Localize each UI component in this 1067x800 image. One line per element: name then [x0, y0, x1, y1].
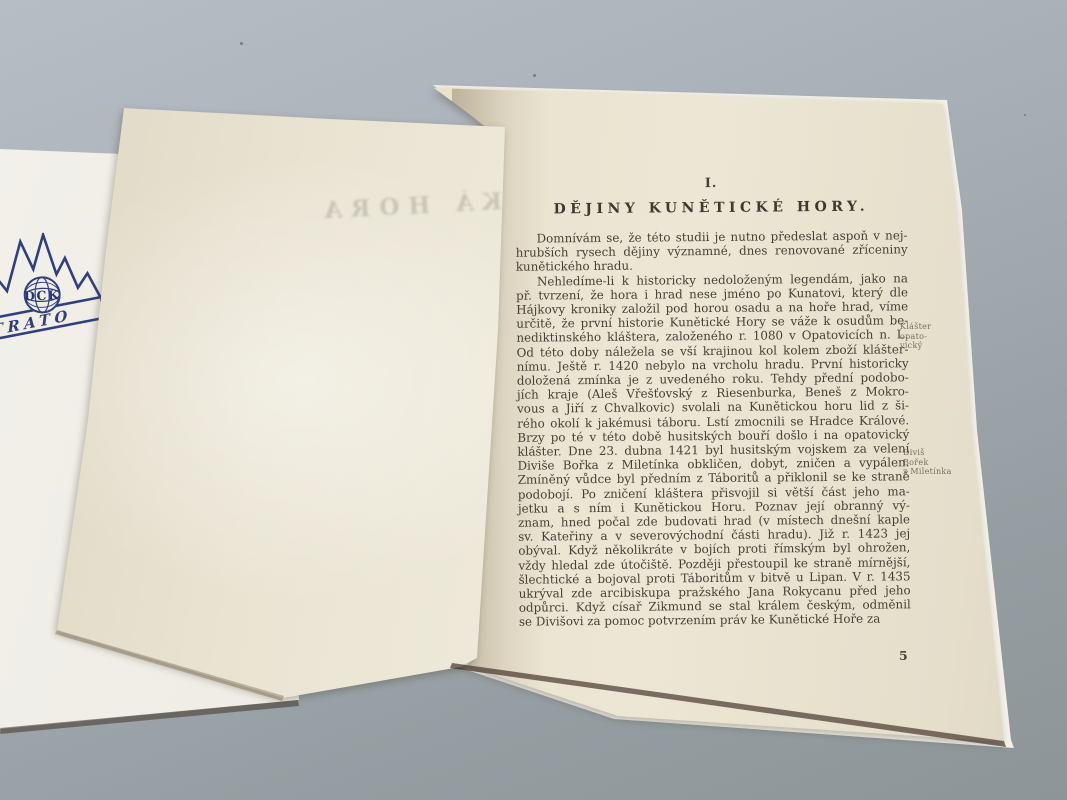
photo-scene: RTRATO DCK I. DĚJINY KUNĚTICKÉ HORY. Dom… [0, 0, 1067, 800]
left-page-wrap: KUNĚTICKÁ HORA [0, 0, 1067, 800]
ghost-title-showthrough: KUNĚTICKÁ HORA [292, 177, 713, 226]
ghost-text-line [600, 290, 730, 295]
ghost-text-line [565, 306, 750, 310]
left-page: KUNĚTICKÁ HORA [0, 0, 1067, 800]
